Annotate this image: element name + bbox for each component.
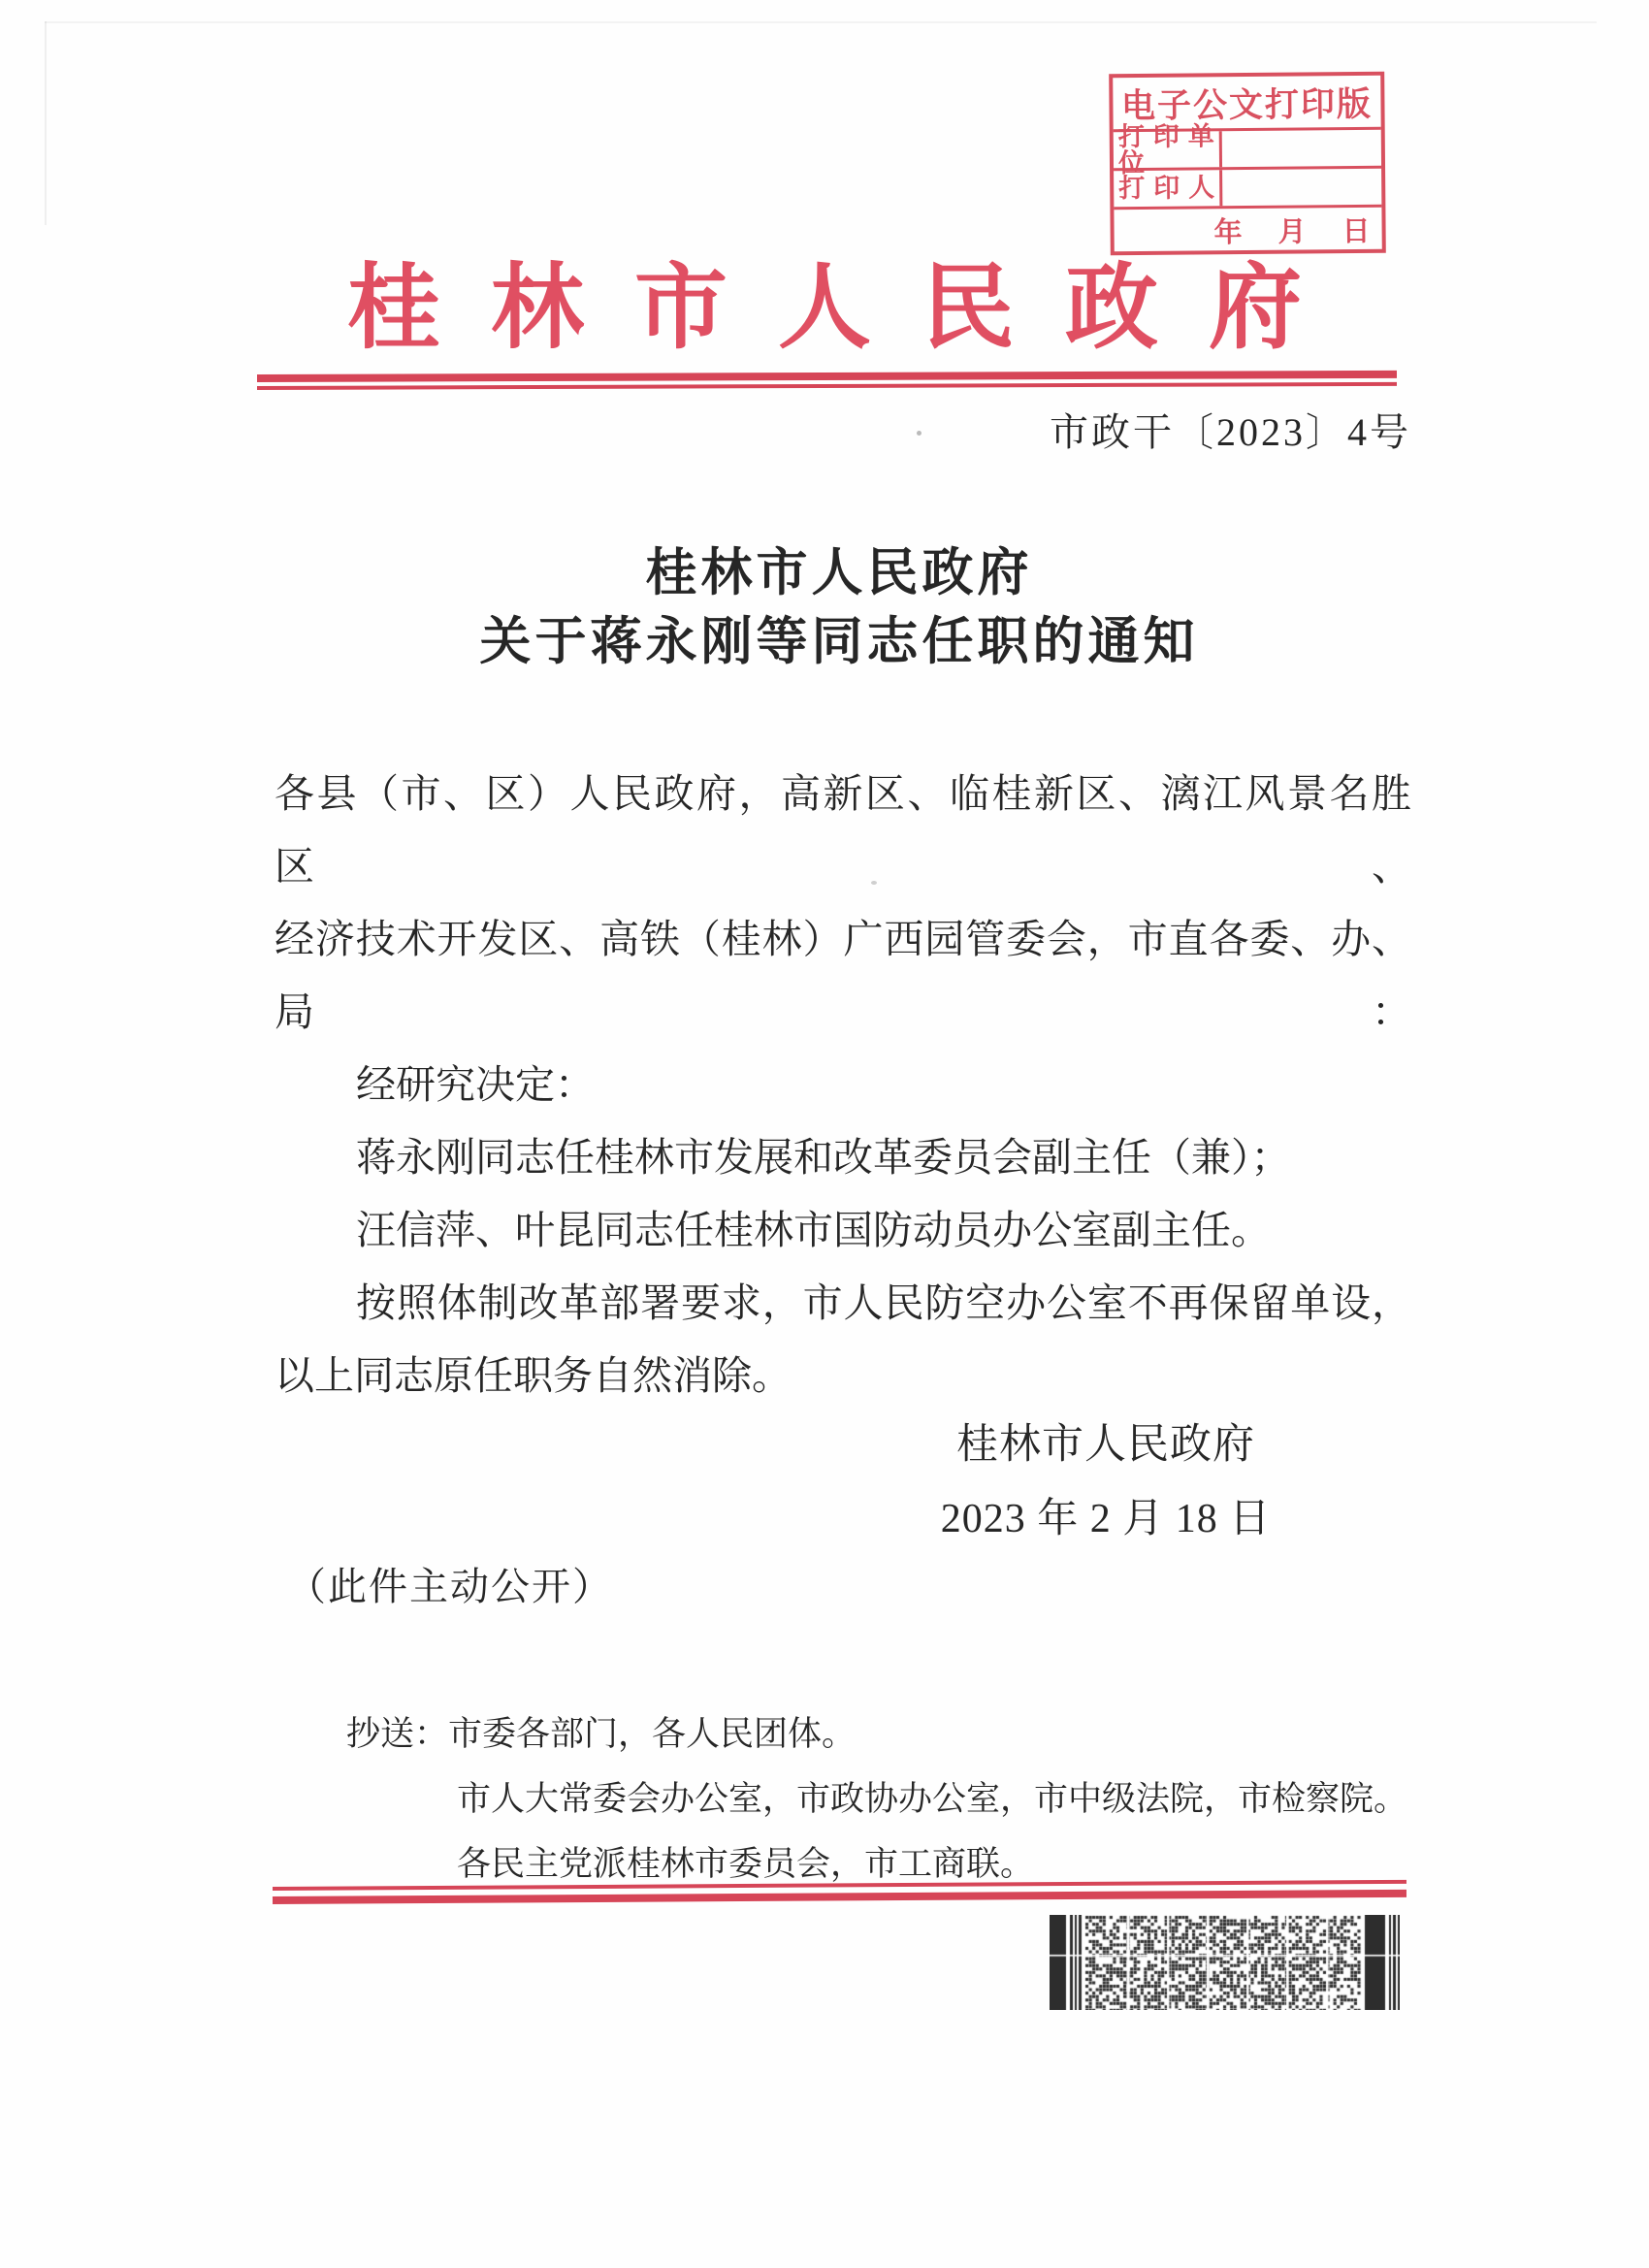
print-version-stamp: 电子公文打印版 打印单位 打印人 年 月 日 [1109, 72, 1386, 255]
doc-title-line1: 桂林市人民政府 [247, 539, 1431, 608]
signature-org: 桂林市人民政府 [621, 1411, 1591, 1471]
letterhead-org-title: 桂林市人民政府 [347, 260, 1352, 358]
cc-block: 抄送：市委各部门，各人民团体。 市人大常委会办公室，市政协办公室，市中级法院，市… [346, 1701, 1433, 1896]
cc-line: 抄送：市委各部门，各人民团体。 [346, 1701, 1433, 1766]
letterhead-rule-thin [257, 382, 1397, 390]
scanned-official-document: 电子公文打印版 打印单位 打印人 年 月 日 桂林市人民政府 市政干〔2023〕… [0, 0, 1649, 2268]
barcode-2d [1050, 1915, 1400, 2010]
body-line: 以上同志原任职务自然消除。 [275, 1340, 1411, 1412]
cc-text: 市委各部门，各人民团体。 [448, 1715, 856, 1753]
body-line: 经济技术开发区、高铁（桂林）广西园管委会，市直各委、办、局： [275, 903, 1411, 1049]
letterhead-rule-thick [257, 371, 1397, 382]
stamp-row-print-person: 打印人 [1114, 169, 1381, 210]
cc-line: 市人大常委会办公室，市政协办公室，市中级法院，市检察院。 [346, 1766, 1433, 1831]
stamp-date-row: 年 月 日 [1114, 208, 1381, 252]
doc-title: 桂林市人民政府 关于蒋永刚等同志任职的通知 [247, 539, 1431, 677]
scan-edge-artifact [45, 21, 47, 225]
cc-label: 抄送： [346, 1715, 448, 1753]
doc-title-line2: 关于蒋永刚等同志任职的通知 [247, 608, 1431, 677]
stamp-month-label: 月 [1277, 210, 1306, 249]
body-line: 各县（市、区）人民政府，高新区、临桂新区、漓江风景名胜区、 [275, 758, 1411, 903]
print-unit-label: 打印单位 [1114, 131, 1222, 168]
signature-date: 2023 年 2 月 18 日 [621, 1486, 1591, 1544]
body-line: 蒋永刚同志任桂林市发展和改革委员会副主任（兼）； [275, 1121, 1411, 1194]
scan-edge-artifact [45, 21, 1597, 23]
body-line: 经研究决定： [275, 1049, 1411, 1121]
body-line: 汪信萍、叶昆同志任桂林市国防动员办公室副主任。 [275, 1194, 1411, 1267]
doc-number: 市政干〔2023〕4号 [262, 402, 1411, 457]
print-unit-value [1222, 130, 1381, 167]
stamp-year-label: 年 [1213, 211, 1242, 250]
stamp-row-print-unit: 打印单位 [1114, 130, 1381, 171]
doc-body: 各县（市、区）人民政府，高新区、临桂新区、漓江风景名胜区、 经济技术开发区、高铁… [275, 758, 1411, 1412]
print-person-label: 打印人 [1114, 170, 1222, 207]
print-person-value [1222, 169, 1381, 206]
disclosure-note: （此件主动公开） [287, 1556, 613, 1611]
stamp-day-label: 日 [1342, 209, 1370, 248]
body-line: 按照体制改革部署要求，市人民防空办公室不再保留单设， [275, 1267, 1411, 1340]
